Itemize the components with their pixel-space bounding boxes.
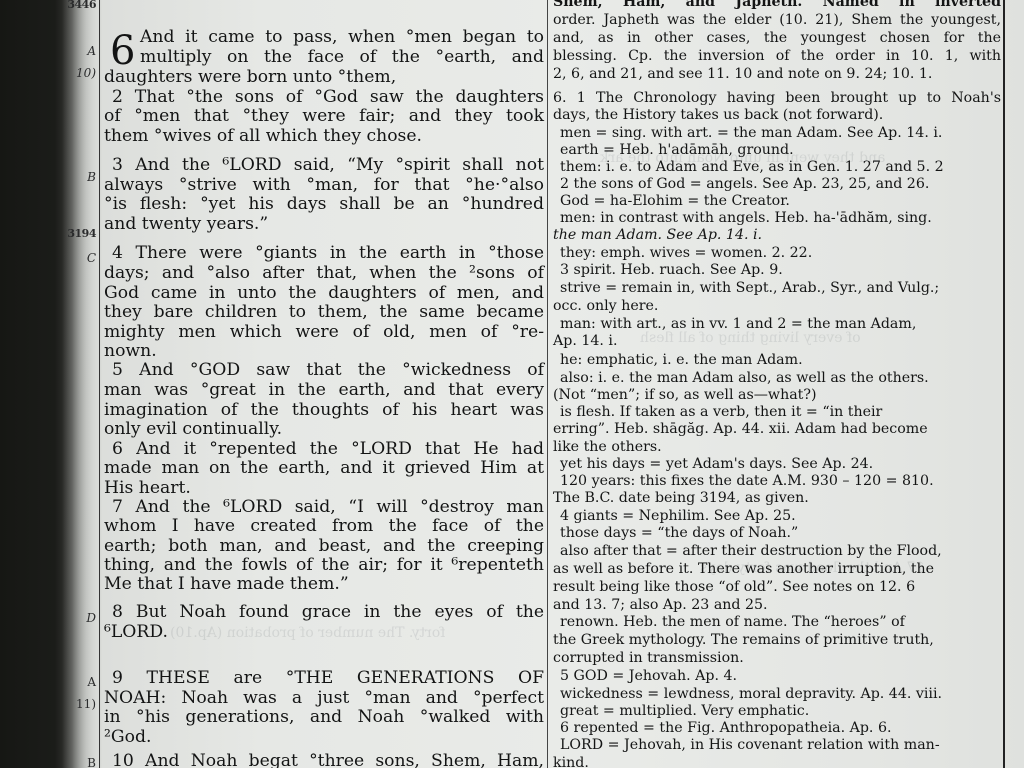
note-line: 120 years: this fixes the date A.M. 930 … (560, 473, 934, 490)
verse-line: God came in unto the daughters of men, a… (104, 284, 544, 304)
margin-date-top: 3446 (67, 0, 96, 11)
column-rule-middle (547, 0, 548, 768)
verse-line: 10 And Noah begat °three sons, Shem, Ham… (112, 752, 544, 768)
note-line: also: i. e. the man Adam also, as well a… (560, 370, 929, 387)
verse-line: His heart. (104, 479, 191, 499)
note-line: 4 giants = Nephilim. See Ap. 25. (560, 508, 796, 525)
margin-note-b: B (87, 170, 96, 184)
verse-line: °is flesh: °yet his days shall be an °hu… (104, 195, 544, 215)
verse-line: thing, and the fowls of the air; for it … (104, 556, 544, 576)
note-line: order. Japheth was the elder (10. 21), S… (553, 12, 1001, 29)
margin-note-a2: A (87, 675, 96, 689)
chapter-number: 6 (110, 31, 135, 71)
note-line: 2 the sons of God = angels. See Ap. 23, … (560, 176, 929, 193)
margin-note-ref2: 11) (76, 697, 96, 711)
note-line: like the others. (553, 439, 662, 456)
verse-line: only evil continually. (104, 420, 282, 440)
note-line: 2, 6, and 21, and see 11. 10 and note on… (553, 66, 932, 83)
verse-line: 6 And it °repented the °LORD that He had (112, 440, 544, 460)
margin-note-c: C (87, 251, 96, 265)
note-line: them: i. e. to Adam and Eve, as in Gen. … (560, 159, 944, 176)
note-line: they: emph. wives = women. 2. 22. (560, 245, 812, 262)
note-line: corrupted in transmission. (553, 650, 744, 667)
note-line: those days = “the days of Noah.” (560, 525, 798, 542)
margin-date: 3194 (67, 227, 96, 240)
note-line: kind. (553, 755, 589, 768)
verse-line: in °his generations, and Noah °walked wi… (104, 708, 544, 728)
verse-line: NOAH: Noah was a just °man and °perfect (104, 689, 544, 709)
verse-line: daughters were born unto °them, (104, 68, 396, 88)
verse-line: always °strive with °man, for that °he·°… (104, 176, 544, 196)
note-line: God = ha-Elohim = the Creator. (560, 193, 790, 210)
note-line: blessing. Cp. the inversion of the order… (553, 48, 1001, 65)
note-line: he: emphatic, i. e. the man Adam. (560, 352, 803, 369)
note-line: earth = Heb. h'adāmāh, ground. (560, 142, 794, 159)
note-line: (Not “men”; if so, as well as—what?) (553, 387, 817, 404)
verse-line: made man on the earth, and it grieved Hi… (104, 459, 544, 479)
note-line: wickedness = lewdness, moral depravity. … (560, 686, 942, 703)
margin-note-d: D (86, 611, 96, 625)
column-rule-right (1003, 0, 1005, 768)
verse-line: 7 And the ⁶LORD said, “I will °destroy m… (112, 498, 544, 518)
note-line: and, as in other cases, the youngest cho… (553, 30, 1001, 47)
verse-line: and twenty years.” (104, 215, 268, 235)
verse-line: 3 And the ⁶LORD said, “My °spirit shall … (112, 156, 544, 176)
verse-line: whom I have created from the face of the (104, 517, 544, 537)
note-line: result being like those “of old”. See no… (553, 579, 915, 596)
note-line: and 13. 7; also Ap. 23 and 25. (553, 597, 768, 614)
note-line: men: in contrast with angels. Heb. ha-'ā… (560, 210, 932, 227)
verse-line: ²God. (104, 728, 151, 748)
note-line: the Greek mythology. The remains of prim… (553, 632, 934, 649)
section-heading: 9 THESE are °THE GENERATIONS OF (112, 669, 544, 689)
note-line: is flesh. If taken as a verb, then it = … (560, 404, 882, 421)
verse-line: 8 But Noah found grace in the eyes of th… (112, 603, 544, 623)
left-margin: 3446 A 10) B 3194 C D A 11) B (62, 0, 98, 768)
margin-note-a: A (87, 44, 96, 58)
verse-line: they bare children to them, the same bec… (104, 303, 544, 323)
note-line: Ap. 14. i. (553, 333, 617, 350)
note-line: strive = remain in, with Sept., Arab., S… (560, 280, 939, 297)
cut-heading (244, 0, 249, 11)
verse-line: days; and °also after that, when the ²so… (104, 264, 544, 284)
note-line: as well as before it. There was another … (553, 561, 934, 578)
margin-note-b2: B (87, 756, 96, 768)
note-line: the man Adam. See Ap. 14. i. (553, 227, 762, 244)
verse-line: multiply on the face of the °earth, and (140, 48, 544, 68)
note-line: occ. only here. (553, 298, 658, 315)
verse-line: ⁶LORD. (104, 623, 168, 643)
scripture-column: 6 And it came to pass, when °men began t… (104, 0, 544, 768)
verse-line: earth; both man, and beast, and the cree… (104, 537, 544, 557)
note-line: The B.C. date being 3194, as given. (553, 490, 809, 507)
verse-line: And it came to pass, when °men began to (140, 28, 544, 48)
verse-line: them °wives of all which they chose. (104, 127, 422, 147)
verse-line: 4 There were °giants in the earth in °th… (112, 244, 544, 264)
note-line: also after that = after their destructio… (560, 543, 942, 560)
note-line: 5 GOD = Jehovah. Ap. 4. (560, 668, 737, 685)
verse-line: nown. (104, 342, 157, 362)
note-line: man: with art., as in vv. 1 and 2 = the … (560, 316, 916, 333)
note-line: 6 repented = the Fig. Anthropopatheia. A… (560, 720, 892, 737)
verse-line: man was °great in the earth, and that ev… (104, 381, 544, 401)
verse-line: of °men that °they were fair; and they t… (104, 107, 544, 127)
note-line: Shem, Ham, and Japheth. Named in inverte… (553, 0, 1001, 11)
note-line: 3 spirit. Heb. ruach. See Ap. 9. (560, 262, 783, 279)
note-line: great = multiplied. Very emphatic. (560, 703, 809, 720)
note-line: LORD = Jehovah, in His covenant relation… (560, 737, 940, 754)
verse-line: Me that I have made them.” (104, 575, 349, 595)
note-line: erring”. Heb. shāgăg. Ap. 44. xii. Adam … (553, 421, 928, 438)
note-line: days, the History takes us back (not for… (553, 107, 883, 124)
verse-line: 2 That °the sons of °God saw the daughte… (112, 88, 544, 108)
notes-column: Shem, Ham, and Japheth. Named in inverte… (553, 0, 1001, 768)
note-line: renown. Heb. the men of name. The “heroe… (560, 614, 905, 631)
verse-line: 5 And °GOD saw that the °wickedness of (112, 361, 544, 381)
verse-line: mighty men which were of old, men of °re… (104, 323, 544, 343)
column-rule-left (99, 0, 100, 768)
margin-note-ref: 10) (76, 66, 96, 80)
note-line: men = sing. with art. = the man Adam. Se… (560, 125, 942, 142)
note-line: yet his days = yet Adam's days. See Ap. … (560, 456, 873, 473)
verse-line: imagination of the thoughts of his heart… (104, 401, 544, 421)
note-line: 6. 1 The Chronology having been brought … (553, 90, 1001, 107)
